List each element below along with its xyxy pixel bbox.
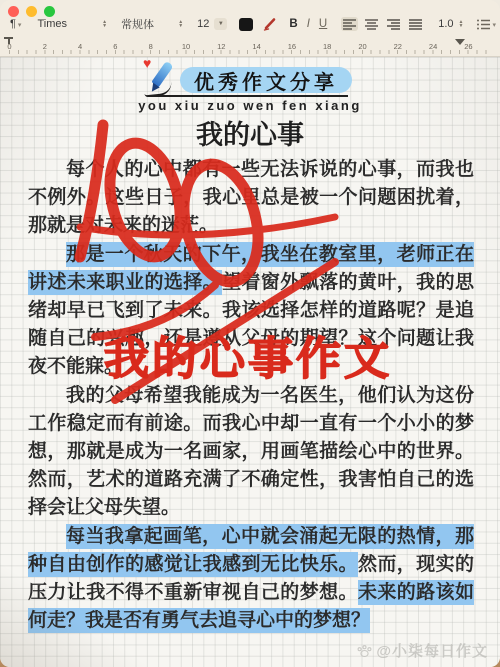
align-justify-button[interactable] [407,17,424,31]
align-center-icon [365,19,378,30]
align-left-button[interactable] [341,17,358,31]
chevron-down-icon: ▾ [492,21,496,29]
bold-label: B [289,18,297,30]
font-size-select[interactable]: 12 ▼ [197,18,227,30]
header-pinyin: you xiu zuo wen fen xiang [0,98,500,113]
align-justify-icon [409,19,422,30]
horizontal-ruler[interactable]: 02468101214161820222426 [0,36,500,57]
chevron-down-icon: ▾ [18,21,22,29]
essay-body: 每个人的心中都有一些无法诉说的心事，而我也不例外。这些日子，我心里总是被一个问题… [28,156,474,635]
header-badge: 优秀作文分享 [180,67,352,93]
essay-paragraph: 每当我拿起画笔，心中就会涌起无限的热情，那种自由创作的感觉让我感到无比快乐。然而… [28,523,474,636]
chevron-down-icon: ▼ [214,18,227,30]
align-left-icon [343,19,356,30]
font-size-value: 12 [197,18,209,30]
document-page[interactable]: ♥ 优秀作文分享 you xiu zuo wen fen xiang 我的心事 … [0,57,500,667]
underline-label: U [319,18,327,30]
italic-label: I [307,18,310,30]
word-processor-window: ¶ ▾ Times ▲▼ 常规体 ▲▼ 12 ▼ [0,0,500,667]
line-spacing-value: 1.0 [438,18,453,30]
font-style-value: 常规体 [121,16,154,32]
toolbar: ¶ ▾ Times ▲▼ 常规体 ▲▼ 12 ▼ [0,0,500,36]
paragraph-style-dropdown[interactable]: ¶ ▾ [10,18,21,30]
font-color-button[interactable] [239,18,253,31]
red-pen-icon [263,17,277,31]
essay-paragraph: 那是一个秋天的下午，我坐在教室里，老师正在讲述未来职业的选择。望着窗外飘落的黄叶… [28,241,474,382]
align-right-icon [387,19,400,30]
essay-paragraph: 我的父母希望我能成为一名医生，他们认为这份工作稳定而有前途。而我心中却一直有一个… [28,382,474,523]
italic-button[interactable]: I [307,18,310,30]
watermark-text: @小柒每日作文 [376,640,488,661]
font-family-select[interactable]: Times ▲▼ [37,18,107,30]
badge-underline [148,95,348,97]
list-icon [477,19,490,30]
line-spacing-select[interactable]: 1.0 ▲▼ [438,18,463,30]
bold-button[interactable]: B [289,18,297,30]
watermark: @小柒每日作文 [357,640,488,661]
color-swatch-icon [239,18,253,31]
essay-title: 我的心事 [0,113,500,152]
font-style-select[interactable]: 常规体 ▲▼ [121,16,183,32]
body-text: 我的父母希望我能成为一名医生，他们认为这份工作稳定而有前途。而我心中却一直有一个… [28,385,474,519]
list-style-dropdown[interactable]: ▾ [477,19,496,30]
stepper-icon: ▲▼ [178,20,183,28]
highlight-pen-button[interactable] [263,17,277,31]
font-family-value: Times [37,18,67,30]
essay-paragraph: 每个人的心中都有一些无法诉说的心事，而我也不例外。这些日子，我心里总是被一个问题… [28,156,474,241]
align-center-button[interactable] [363,17,380,31]
pilcrow-icon: ¶ [10,18,16,30]
underline-button[interactable]: U [319,18,327,30]
ruler-ticks [9,50,490,54]
stepper-icon: ▲▼ [102,20,107,28]
stepper-icon: ▲▼ [459,20,464,28]
heart-icon: ♥ [143,55,151,71]
align-right-button[interactable] [385,17,402,31]
body-text: 每个人的心中都有一些无法诉说的心事，而我也不例外。这些日子，我心里总是被一个问题… [28,159,474,236]
paw-icon [357,644,372,658]
